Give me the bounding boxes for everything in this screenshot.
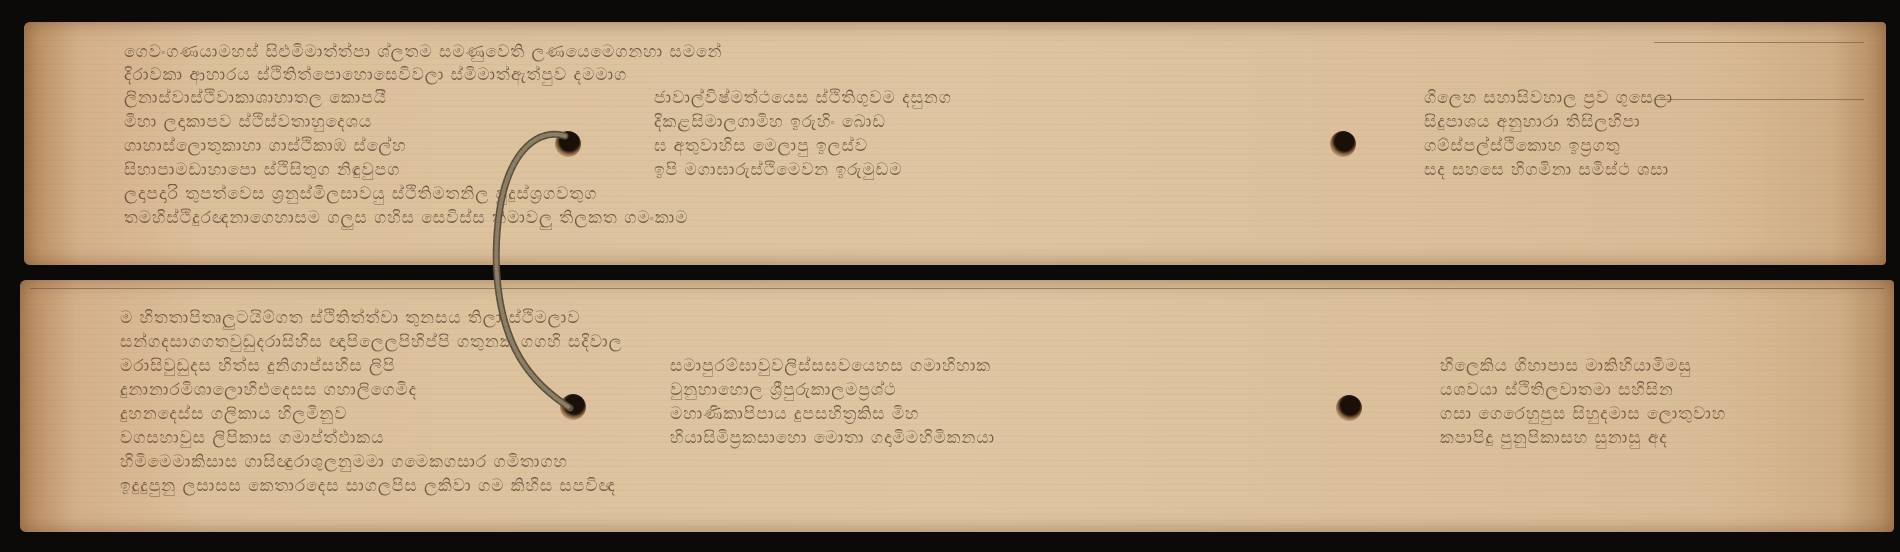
bottom-leaf-ruling-line xyxy=(30,288,1884,289)
binding-string-icon xyxy=(470,118,590,418)
bottom-leaf-right-line-3: ගසා ගෙරෙහුපුස සිහුදමාස ලොතුවාහ xyxy=(1440,404,1800,426)
top-leaf-line-1: ගෙවංගණයාමහස් සිළුමිමාත්ත්පා ශ්ලතම සමණුවෙ… xyxy=(124,42,1806,64)
bottom-leaf-line-4: දුනානාරමිශාලොහිඑදෙසස ගහාලිගෙමිද xyxy=(120,380,520,402)
top-leaf-middle-line-2: දිකළසිමාලගාමිහ ඉරුහිං බොඩ xyxy=(654,112,1074,134)
bottom-leaf-right-line-1: හිලෙකිය ගිහාපාස මාකිහියාමිමසු xyxy=(1440,356,1800,378)
top-leaf-ruling-line xyxy=(1654,99,1864,100)
bottom-leaf-line-5: දුහන‍දෙස්ස ගලිකාය හිලමිනුව xyxy=(120,404,520,426)
top-leaf-middle-line-4: ඉපි මගාඝාරුස්ථිමෙවන ඉරුමුඩම xyxy=(654,160,1074,182)
bottom-leaf-middle-line-3: මහාණිකාපිපාය දුපසහිත්‍රකිස මිහ xyxy=(670,404,1110,426)
top-leaf-line-7: ලදාපදාරි තුපත්වෙස ශ්‍රනුස්මිලසාවයු ස්ථිත… xyxy=(124,184,1806,206)
binding-hole-icon xyxy=(1336,395,1362,421)
top-leaf-line-5: ගාහාස්ලොතුකාහා ගාස්ථිකාඹ ස්ලේහ xyxy=(124,136,504,158)
top-leaf-line-2: දිරාවකා ආහාරය ස්ථිතිත්පොහොසෙවිවලා ස්මිමා… xyxy=(124,65,1806,87)
bottom-leaf-line-3: මරාසිවුඩුදස හිත්ස දුනිගාප්සහිස ලිපි xyxy=(120,356,520,378)
bottom-leaf-right-line-2: යශවයා ස්ථිතිලවාතමා සහිසින xyxy=(1440,380,1800,402)
bottom-leaf-line-6: වගසහාවුස ලිපිකාස ගමාප්ත්ඵාකය xyxy=(120,428,520,450)
top-leaf-middle-line-1: ජාවාල්විෂ්මත්ථයෙස ස්ථිතිගුවම දසුනග xyxy=(654,88,1074,110)
bottom-leaf-middle-line-1: සමාපුරම්ඝාවුවලිස්සඝවයෙහස ගමාහිහාක xyxy=(670,356,1110,378)
top-leaf-right-line-4: සද සහසෙ හිගමිනා සමිස්ථ ශසා xyxy=(1424,160,1784,182)
bottom-leaf-line-8: ඉදුදුපුනු ලසාසස කෙතාරදෙස සාගලපිස ලකිවා ග… xyxy=(120,476,1814,498)
top-leaf-line-6: සිහාපාමඩාහාපො ස්ථිසිතුග නිඳුවුපග xyxy=(124,160,504,182)
top-leaf-ruling-line xyxy=(1654,42,1864,43)
bottom-leaf-right-line-4: කපාපිදු පුනුපිකාසහ සුනාසු අද xyxy=(1440,428,1800,450)
top-leaf-right-line-3: ගම්ස්පල්ස්ථිකොහ ඉප්‍රගතු xyxy=(1424,136,1784,158)
bottom-leaf-line-2: සන්ගදසාගගතවුඩුදරාසිහිස ඥාපිලෙලපිහිප්පි ග… xyxy=(120,332,1814,354)
bottom-leaf-middle-line-4: හියාසිමිප්‍රකසාහො මොතා ගදාමිමහිමිකනයා xyxy=(670,428,1110,450)
binding-hole-icon xyxy=(1330,131,1356,157)
bottom-leaf-line-7: හිමිමෙමාකිසාස ගාසිඥුරාශුලනුමමා ගමෙකගසාර … xyxy=(120,452,1814,474)
top-leaf-right-line-2: සිදුපාශය අනුහාරා තිසිලහිපා xyxy=(1424,112,1784,134)
top-palm-leaf: ගෙවංගණයාමහස් සිළුමිමාත්ත්පා ශ්ලතම සමණුවෙ… xyxy=(24,22,1886,265)
bottom-palm-leaf: ම හිතතාපිත්‍රුලුටයිම්ගත ස්ථිතිත්ත්වා තුන… xyxy=(20,280,1894,532)
bottom-leaf-middle-line-2: වුනුහාහොල ශ්‍රීපුරුකාලමප්‍රශ්ථ xyxy=(670,380,1110,402)
top-leaf-middle-line-3: ඝ අතුවාහිස මෙලාපු ඉලස්ව xyxy=(654,136,1074,158)
bottom-leaf-line-1: ම හිතතාපිත්‍රුලුටයිම්ගත ස්ථිතිත්ත්වා තුන… xyxy=(120,308,1814,330)
top-leaf-line-3: ලිනාස්වාස්ථිවාකාශාහාතල කොපයී xyxy=(124,88,544,110)
top-leaf-line-8: තමහිස්ථිදුරඥනාගෙහාසම ගලුස ගහිස සෙවිස්ස ත… xyxy=(124,208,1806,230)
